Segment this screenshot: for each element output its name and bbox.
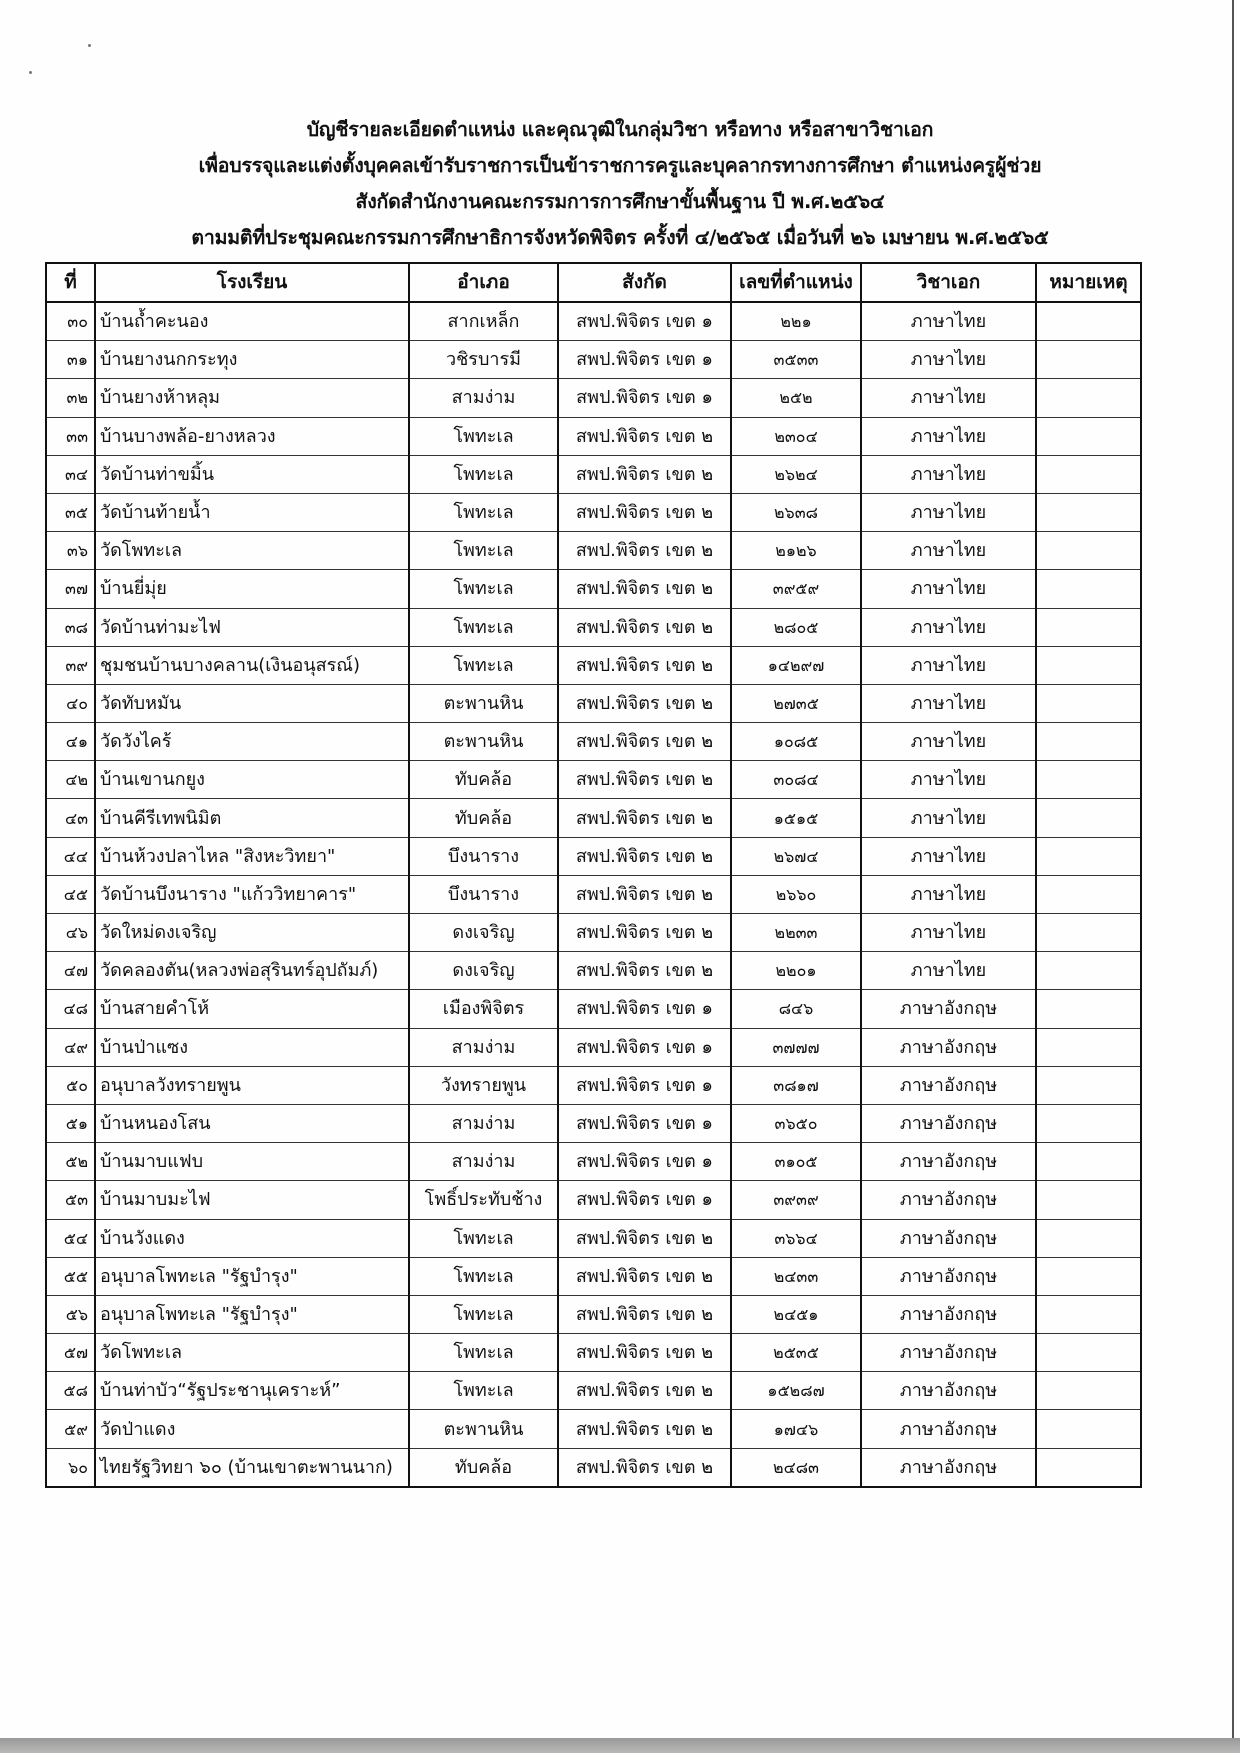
cell-district: ทับคล้อ [409, 761, 558, 799]
cell-district: ดงเจริญ [409, 914, 558, 952]
title-line-2: เพื่อบรรจุและแต่งตั้งบุคคลเข้ารับราชการเ… [0, 148, 1240, 184]
cell-school: บ้านห้วงปลาไหล "สิงหะวิทยา" [95, 837, 409, 875]
cell-note [1036, 1372, 1141, 1410]
cell-district: โพทะเล [409, 532, 558, 570]
cell-no: ๕๒ [46, 1143, 95, 1181]
cell-note [1036, 799, 1141, 837]
cell-major: ภาษาไทย [861, 761, 1036, 799]
scanned-page: บัญชีรายละเอียดตำแหน่ง และคุณวุฒิในกลุ่ม… [0, 0, 1240, 1738]
header-major: วิชาเอก [861, 263, 1036, 302]
cell-no: ๕๙ [46, 1410, 95, 1448]
cell-note [1036, 761, 1141, 799]
cell-district: ตะพานหิน [409, 684, 558, 722]
cell-school: บ้านคีรีเทพนิมิต [95, 799, 409, 837]
cell-office: สพป.พิจิตร เขต ๑ [558, 379, 731, 417]
cell-no: ๓๔ [46, 455, 95, 493]
cell-school: บ้านเขานกยูง [95, 761, 409, 799]
table-row: ๔๒บ้านเขานกยูงทับคล้อสพป.พิจิตร เขต ๒๓๐๘… [46, 761, 1141, 799]
table-row: ๕๐อนุบาลวังทรายพูนวังทรายพูนสพป.พิจิตร เ… [46, 1066, 1141, 1104]
cell-no: ๓๓ [46, 417, 95, 455]
table-row: ๔๔บ้านห้วงปลาไหล "สิงหะวิทยา"บึงนารางสพป… [46, 837, 1141, 875]
cell-school: บ้านมาบแฟบ [95, 1143, 409, 1181]
cell-position-number: ๓๗๗๗ [731, 1028, 861, 1066]
cell-district: ทับคล้อ [409, 799, 558, 837]
cell-district: ตะพานหิน [409, 723, 558, 761]
table-row: ๔๖วัดใหม่ดงเจริญดงเจริญสพป.พิจิตร เขต ๒๒… [46, 914, 1141, 952]
document-heading: บัญชีรายละเอียดตำแหน่ง และคุณวุฒิในกลุ่ม… [0, 112, 1240, 256]
cell-school: บ้านยางห้าหลุม [95, 379, 409, 417]
cell-note [1036, 990, 1141, 1028]
cell-position-number: ๓๖๖๔ [731, 1219, 861, 1257]
cell-district: สามง่าม [409, 1143, 558, 1181]
cell-no: ๔๖ [46, 914, 95, 952]
table-row: ๓๒บ้านยางห้าหลุมสามง่ามสพป.พิจิตร เขต ๑๒… [46, 379, 1141, 417]
cell-major: ภาษาไทย [861, 379, 1036, 417]
cell-office: สพป.พิจิตร เขต ๒ [558, 1219, 731, 1257]
cell-district: โพทะเล [409, 1257, 558, 1295]
cell-school: บ้านหนองโสน [95, 1104, 409, 1142]
cell-district: ตะพานหิน [409, 1410, 558, 1448]
header-no: ที่ [46, 263, 95, 302]
cell-no: ๕๘ [46, 1372, 95, 1410]
cell-major: ภาษาอังกฤษ [861, 1334, 1036, 1372]
cell-major: ภาษาไทย [861, 608, 1036, 646]
table-row: ๕๖อนุบาลโพทะเล "รัฐบำรุง"โพทะเลสพป.พิจิต… [46, 1295, 1141, 1333]
cell-note [1036, 532, 1141, 570]
cell-school: วัดทับหมัน [95, 684, 409, 722]
cell-district: โพทะเล [409, 417, 558, 455]
cell-school: บ้านถ้ำคะนอง [95, 302, 409, 341]
cell-note [1036, 1219, 1141, 1257]
cell-no: ๔๘ [46, 990, 95, 1028]
cell-position-number: ๓๕๓๓ [731, 341, 861, 379]
header-note: หมายเหตุ [1036, 263, 1141, 302]
cell-school: ไทยรัฐวิทยา ๖๐ (บ้านเขาตะพานนาก) [95, 1448, 409, 1487]
cell-major: ภาษาอังกฤษ [861, 1028, 1036, 1066]
table-row: ๓๐บ้านถ้ำคะนองสากเหล็กสพป.พิจิตร เขต ๑๒๒… [46, 302, 1141, 341]
cell-no: ๓๗ [46, 570, 95, 608]
title-line-4: ตามมติที่ประชุมคณะกรรมการศึกษาธิการจังหว… [0, 220, 1240, 256]
cell-district: โพทะเล [409, 455, 558, 493]
cell-office: สพป.พิจิตร เขต ๒ [558, 875, 731, 913]
cell-position-number: ๓๙๓๙ [731, 1181, 861, 1219]
cell-no: ๔๙ [46, 1028, 95, 1066]
cell-office: สพป.พิจิตร เขต ๒ [558, 1410, 731, 1448]
cell-position-number: ๓๘๑๗ [731, 1066, 861, 1104]
cell-office: สพป.พิจิตร เขต ๑ [558, 1181, 731, 1219]
cell-major: ภาษาไทย [861, 455, 1036, 493]
scanner-bed-edge [0, 1738, 1240, 1753]
cell-major: ภาษาอังกฤษ [861, 1104, 1036, 1142]
cell-note [1036, 952, 1141, 990]
cell-note [1036, 570, 1141, 608]
table-row: ๔๗วัดคลองตัน(หลวงพ่อสุรินทร์อุปถัมภ์)ดงเ… [46, 952, 1141, 990]
cell-district: สามง่าม [409, 379, 558, 417]
cell-note [1036, 1104, 1141, 1142]
cell-no: ๓๕ [46, 493, 95, 531]
cell-office: สพป.พิจิตร เขต ๒ [558, 455, 731, 493]
scan-speck [88, 44, 91, 47]
cell-major: ภาษาไทย [861, 837, 1036, 875]
header-position-number: เลขที่ตำแหน่ง [731, 263, 861, 302]
table-row: ๕๔บ้านวังแดงโพทะเลสพป.พิจิตร เขต ๒๓๖๖๔ภา… [46, 1219, 1141, 1257]
cell-office: สพป.พิจิตร เขต ๒ [558, 493, 731, 531]
cell-school: บ้านท่าบัว“รัฐประชานุเคราะห์” [95, 1372, 409, 1410]
cell-no: ๔๔ [46, 837, 95, 875]
cell-major: ภาษาอังกฤษ [861, 1219, 1036, 1257]
cell-major: ภาษาอังกฤษ [861, 1066, 1036, 1104]
cell-school: วัดใหม่ดงเจริญ [95, 914, 409, 952]
cell-major: ภาษาไทย [861, 417, 1036, 455]
cell-district: โพทะเล [409, 646, 558, 684]
cell-office: สพป.พิจิตร เขต ๒ [558, 646, 731, 684]
table-row: ๔๘บ้านสายคำโห้เมืองพิจิตรสพป.พิจิตร เขต … [46, 990, 1141, 1028]
cell-note [1036, 608, 1141, 646]
cell-school: บ้านมาบมะไฟ [95, 1181, 409, 1219]
cell-note [1036, 837, 1141, 875]
cell-no: ๓๖ [46, 532, 95, 570]
cell-office: สพป.พิจิตร เขต ๒ [558, 417, 731, 455]
table-body: ๓๐บ้านถ้ำคะนองสากเหล็กสพป.พิจิตร เขต ๑๒๒… [46, 302, 1141, 1487]
cell-note [1036, 1257, 1141, 1295]
cell-position-number: ๓๐๘๔ [731, 761, 861, 799]
table-row: ๕๕อนุบาลโพทะเล "รัฐบำรุง"โพทะเลสพป.พิจิต… [46, 1257, 1141, 1295]
cell-district: โพทะเล [409, 1372, 558, 1410]
table-row: ๓๙ชุมชนบ้านบางคลาน(เงินอนุสรณ์)โพทะเลสพป… [46, 646, 1141, 684]
cell-position-number: ๒๖๒๔ [731, 455, 861, 493]
cell-office: สพป.พิจิตร เขต ๑ [558, 1143, 731, 1181]
cell-note [1036, 1448, 1141, 1487]
header-school: โรงเรียน [95, 263, 409, 302]
cell-major: ภาษาไทย [861, 723, 1036, 761]
cell-office: สพป.พิจิตร เขต ๑ [558, 302, 731, 341]
cell-position-number: ๓๑๐๕ [731, 1143, 861, 1181]
cell-position-number: ๑๔๒๙๗ [731, 646, 861, 684]
cell-school: วัดบ้านท้ายน้ำ [95, 493, 409, 531]
cell-major: ภาษาไทย [861, 302, 1036, 341]
cell-office: สพป.พิจิตร เขต ๒ [558, 1257, 731, 1295]
cell-position-number: ๒๒๓๓ [731, 914, 861, 952]
cell-district: วังทรายพูน [409, 1066, 558, 1104]
table-row: ๓๑บ้านยางนกกระทุงวชิรบารมีสพป.พิจิตร เขต… [46, 341, 1141, 379]
cell-position-number: ๒๒๑ [731, 302, 861, 341]
cell-note [1036, 1066, 1141, 1104]
cell-school: วัดคลองตัน(หลวงพ่อสุรินทร์อุปถัมภ์) [95, 952, 409, 990]
cell-position-number: ๑๕๒๘๗ [731, 1372, 861, 1410]
cell-school: บ้านยางนกกระทุง [95, 341, 409, 379]
cell-major: ภาษาไทย [861, 570, 1036, 608]
cell-district: โพทะเล [409, 1219, 558, 1257]
cell-major: ภาษาไทย [861, 875, 1036, 913]
cell-district: สามง่าม [409, 1028, 558, 1066]
table-row: ๔๕วัดบ้านบึงนาราง "แก้ววิทยาคาร"บึงนาราง… [46, 875, 1141, 913]
table-row: ๔๐วัดทับหมันตะพานหินสพป.พิจิตร เขต ๒๒๗๓๕… [46, 684, 1141, 722]
cell-office: สพป.พิจิตร เขต ๒ [558, 684, 731, 722]
header-district: อำเภอ [409, 263, 558, 302]
cell-school: วัดโพทะเล [95, 1334, 409, 1372]
cell-school: วัดบ้านท่ามะไฟ [95, 608, 409, 646]
cell-school: บ้านยี่มุ่ย [95, 570, 409, 608]
cell-no: ๔๑ [46, 723, 95, 761]
cell-note [1036, 723, 1141, 761]
cell-school: ชุมชนบ้านบางคลาน(เงินอนุสรณ์) [95, 646, 409, 684]
cell-office: สพป.พิจิตร เขต ๒ [558, 761, 731, 799]
cell-school: บ้านวังแดง [95, 1219, 409, 1257]
cell-position-number: ๒๔๘๓ [731, 1448, 861, 1487]
table-row: ๕๗วัดโพทะเลโพทะเลสพป.พิจิตร เขต ๒๒๕๓๕ภาษ… [46, 1334, 1141, 1372]
scan-edge [1232, 0, 1234, 1738]
cell-district: วชิรบารมี [409, 341, 558, 379]
cell-school: บ้านป่าแซง [95, 1028, 409, 1066]
cell-district: สากเหล็ก [409, 302, 558, 341]
cell-note [1036, 1181, 1141, 1219]
cell-note [1036, 302, 1141, 341]
cell-note [1036, 914, 1141, 952]
cell-major: ภาษาไทย [861, 493, 1036, 531]
table-row: ๓๗บ้านยี่มุ่ยโพทะเลสพป.พิจิตร เขต ๒๓๙๕๙ภ… [46, 570, 1141, 608]
cell-major: ภาษาอังกฤษ [861, 1448, 1036, 1487]
cell-position-number: ๒๖๖๐ [731, 875, 861, 913]
cell-note [1036, 341, 1141, 379]
cell-office: สพป.พิจิตร เขต ๑ [558, 1066, 731, 1104]
cell-office: สพป.พิจิตร เขต ๒ [558, 1295, 731, 1333]
table-row: ๔๓บ้านคีรีเทพนิมิตทับคล้อสพป.พิจิตร เขต … [46, 799, 1141, 837]
cell-position-number: ๒๓๐๔ [731, 417, 861, 455]
cell-district: โพทะเล [409, 1295, 558, 1333]
table-row: ๓๓บ้านบางพล้อ-ยางหลวงโพทะเลสพป.พิจิตร เข… [46, 417, 1141, 455]
cell-position-number: ๒๘๐๕ [731, 608, 861, 646]
table-row: ๓๕วัดบ้านท้ายน้ำโพทะเลสพป.พิจิตร เขต ๒๒๖… [46, 493, 1141, 531]
cell-major: ภาษาอังกฤษ [861, 990, 1036, 1028]
cell-district: เมืองพิจิตร [409, 990, 558, 1028]
cell-major: ภาษาไทย [861, 646, 1036, 684]
cell-no: ๕๐ [46, 1066, 95, 1104]
cell-note [1036, 379, 1141, 417]
cell-no: ๓๙ [46, 646, 95, 684]
table-row: ๓๖วัดโพทะเลโพทะเลสพป.พิจิตร เขต ๒๒๑๒๖ภาษ… [46, 532, 1141, 570]
cell-no: ๕๓ [46, 1181, 95, 1219]
cell-major: ภาษาอังกฤษ [861, 1372, 1036, 1410]
cell-school: อนุบาลโพทะเล "รัฐบำรุง" [95, 1257, 409, 1295]
cell-district: โพทะเล [409, 493, 558, 531]
cell-no: ๔๗ [46, 952, 95, 990]
table-row: ๖๐ไทยรัฐวิทยา ๖๐ (บ้านเขาตะพานนาก)ทับคล้… [46, 1448, 1141, 1487]
cell-school: วัดป่าแดง [95, 1410, 409, 1448]
table-row: ๔๙บ้านป่าแซงสามง่ามสพป.พิจิตร เขต ๑๓๗๗๗ภ… [46, 1028, 1141, 1066]
cell-major: ภาษาอังกฤษ [861, 1295, 1036, 1333]
cell-office: สพป.พิจิตร เขต ๒ [558, 837, 731, 875]
cell-position-number: ๒๕๒ [731, 379, 861, 417]
cell-position-number: ๒๔๕๑ [731, 1295, 861, 1333]
title-line-1: บัญชีรายละเอียดตำแหน่ง และคุณวุฒิในกลุ่ม… [0, 112, 1240, 148]
cell-note [1036, 1410, 1141, 1448]
cell-district: โพทะเล [409, 1334, 558, 1372]
table-row: ๕๓บ้านมาบมะไฟโพธิ์ประทับช้างสพป.พิจิตร เ… [46, 1181, 1141, 1219]
cell-no: ๕๖ [46, 1295, 95, 1333]
cell-major: ภาษาไทย [861, 684, 1036, 722]
cell-position-number: ๒๕๓๕ [731, 1334, 861, 1372]
cell-position-number: ๒๒๐๑ [731, 952, 861, 990]
cell-no: ๕๔ [46, 1219, 95, 1257]
cell-no: ๔๕ [46, 875, 95, 913]
cell-district: บึงนาราง [409, 875, 558, 913]
cell-major: ภาษาไทย [861, 341, 1036, 379]
cell-note [1036, 684, 1141, 722]
cell-note [1036, 493, 1141, 531]
cell-office: สพป.พิจิตร เขต ๒ [558, 1448, 731, 1487]
cell-office: สพป.พิจิตร เขต ๑ [558, 990, 731, 1028]
cell-no: ๓๒ [46, 379, 95, 417]
cell-note [1036, 1028, 1141, 1066]
cell-district: โพทะเล [409, 570, 558, 608]
cell-office: สพป.พิจิตร เขต ๒ [558, 799, 731, 837]
cell-note [1036, 417, 1141, 455]
cell-major: ภาษาไทย [861, 799, 1036, 837]
cell-no: ๓๐ [46, 302, 95, 341]
cell-position-number: ๑๕๑๕ [731, 799, 861, 837]
cell-note [1036, 1295, 1141, 1333]
table-row: ๓๔วัดบ้านท่าขมิ้นโพทะเลสพป.พิจิตร เขต ๒๒… [46, 455, 1141, 493]
cell-office: สพป.พิจิตร เขต ๑ [558, 1104, 731, 1142]
cell-major: ภาษาไทย [861, 532, 1036, 570]
cell-no: ๓๑ [46, 341, 95, 379]
cell-office: สพป.พิจิตร เขต ๒ [558, 1334, 731, 1372]
cell-office: สพป.พิจิตร เขต ๒ [558, 608, 731, 646]
cell-note [1036, 875, 1141, 913]
cell-school: บ้านสายคำโห้ [95, 990, 409, 1028]
table-row: ๕๑บ้านหนองโสนสามง่ามสพป.พิจิตร เขต ๑๓๖๕๐… [46, 1104, 1141, 1142]
cell-position-number: ๑๗๔๖ [731, 1410, 861, 1448]
cell-office: สพป.พิจิตร เขต ๑ [558, 1028, 731, 1066]
positions-table: ที่ โรงเรียน อำเภอ สังกัด เลขที่ตำแหน่ง … [45, 262, 1142, 1488]
cell-major: ภาษาไทย [861, 952, 1036, 990]
table-row: ๕๘บ้านท่าบัว“รัฐประชานุเคราะห์”โพทะเลสพป… [46, 1372, 1141, 1410]
table-row: ๔๑วัดวังไคร้ตะพานหินสพป.พิจิตร เขต ๒๑๐๘๕… [46, 723, 1141, 761]
cell-major: ภาษาอังกฤษ [861, 1410, 1036, 1448]
table-row: ๕๒บ้านมาบแฟบสามง่ามสพป.พิจิตร เขต ๑๓๑๐๕ภ… [46, 1143, 1141, 1181]
title-line-3: สังกัดสำนักงานคณะกรรมการการศึกษาขั้นพื้น… [0, 184, 1240, 220]
cell-school: วัดวังไคร้ [95, 723, 409, 761]
cell-district: โพทะเล [409, 608, 558, 646]
cell-office: สพป.พิจิตร เขต ๒ [558, 914, 731, 952]
cell-position-number: ๒๖๓๘ [731, 493, 861, 531]
cell-district: โพธิ์ประทับช้าง [409, 1181, 558, 1219]
cell-position-number: ๓๙๕๙ [731, 570, 861, 608]
cell-position-number: ๒๑๒๖ [731, 532, 861, 570]
table-row: ๓๘วัดบ้านท่ามะไฟโพทะเลสพป.พิจิตร เขต ๒๒๘… [46, 608, 1141, 646]
cell-office: สพป.พิจิตร เขต ๒ [558, 570, 731, 608]
cell-note [1036, 1143, 1141, 1181]
cell-no: ๔๓ [46, 799, 95, 837]
cell-major: ภาษาอังกฤษ [861, 1257, 1036, 1295]
cell-district: บึงนาราง [409, 837, 558, 875]
scan-speck [29, 71, 32, 74]
cell-school: วัดโพทะเล [95, 532, 409, 570]
cell-district: สามง่าม [409, 1104, 558, 1142]
cell-position-number: ๒๗๓๕ [731, 684, 861, 722]
cell-note [1036, 1334, 1141, 1372]
table-row: ๕๙วัดป่าแดงตะพานหินสพป.พิจิตร เขต ๒๑๗๔๖ภ… [46, 1410, 1141, 1448]
header-office: สังกัด [558, 263, 731, 302]
cell-school: อนุบาลโพทะเล "รัฐบำรุง" [95, 1295, 409, 1333]
cell-no: ๕๕ [46, 1257, 95, 1295]
cell-position-number: ๓๖๕๐ [731, 1104, 861, 1142]
cell-school: วัดบ้านบึงนาราง "แก้ววิทยาคาร" [95, 875, 409, 913]
cell-no: ๔๐ [46, 684, 95, 722]
cell-district: ทับคล้อ [409, 1448, 558, 1487]
cell-district: ดงเจริญ [409, 952, 558, 990]
cell-position-number: ๘๔๖ [731, 990, 861, 1028]
cell-office: สพป.พิจิตร เขต ๒ [558, 723, 731, 761]
cell-major: ภาษาไทย [861, 914, 1036, 952]
cell-school: อนุบาลวังทรายพูน [95, 1066, 409, 1104]
cell-major: ภาษาอังกฤษ [861, 1143, 1036, 1181]
cell-no: ๓๘ [46, 608, 95, 646]
cell-position-number: ๑๐๘๕ [731, 723, 861, 761]
cell-note [1036, 455, 1141, 493]
cell-no: ๕๑ [46, 1104, 95, 1142]
cell-school: วัดบ้านท่าขมิ้น [95, 455, 409, 493]
cell-no: ๔๒ [46, 761, 95, 799]
cell-position-number: ๒๖๗๔ [731, 837, 861, 875]
cell-no: ๖๐ [46, 1448, 95, 1487]
cell-school: บ้านบางพล้อ-ยางหลวง [95, 417, 409, 455]
cell-no: ๕๗ [46, 1334, 95, 1372]
cell-major: ภาษาอังกฤษ [861, 1181, 1036, 1219]
cell-note [1036, 646, 1141, 684]
cell-office: สพป.พิจิตร เขต ๑ [558, 341, 731, 379]
cell-position-number: ๒๔๓๓ [731, 1257, 861, 1295]
cell-office: สพป.พิจิตร เขต ๒ [558, 952, 731, 990]
cell-office: สพป.พิจิตร เขต ๒ [558, 532, 731, 570]
table-header-row: ที่ โรงเรียน อำเภอ สังกัด เลขที่ตำแหน่ง … [46, 263, 1141, 302]
cell-office: สพป.พิจิตร เขต ๒ [558, 1372, 731, 1410]
